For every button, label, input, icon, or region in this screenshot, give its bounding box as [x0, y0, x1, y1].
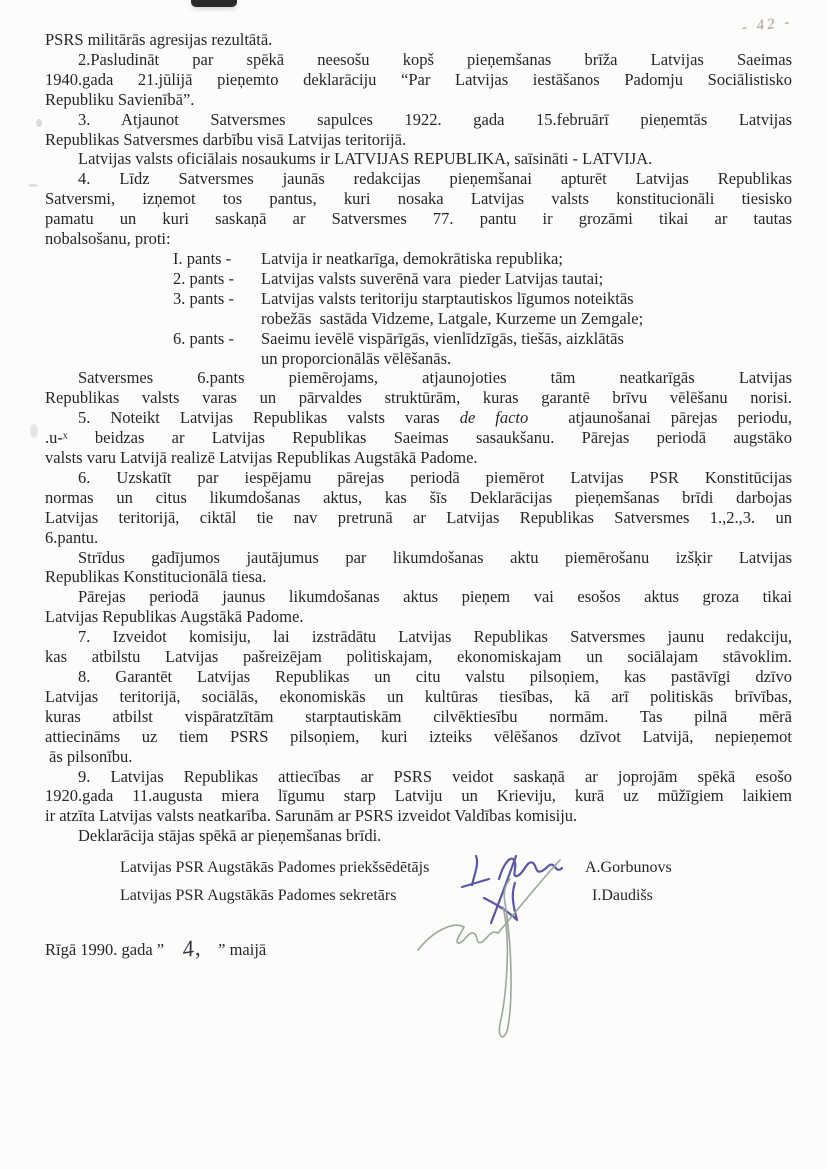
text-line: 3. Atjaunot Satversmes sapulces 1922. ga…	[45, 110, 792, 130]
text-run: Republikas Konstitucionālā tiesa.	[45, 567, 266, 586]
text-line: 6.pantu.	[45, 528, 792, 548]
scan-artifact-mark	[191, 0, 237, 7]
text-run: PSRS militārās agresijas rezultātā.	[45, 30, 272, 49]
text-line: Republikas valsts varas un pārvaldes str…	[45, 388, 792, 408]
signatory-name: A.Gorbunovs	[585, 858, 672, 878]
text-line: Satversmes 6.pants piemērojams, atjaunoj…	[45, 368, 792, 388]
text-run: attiecināms uz tiem PSRS pilsoņiem, kuri…	[45, 727, 792, 746]
text-line: kas atbilstu Latvijas pašreizējam politi…	[45, 647, 792, 667]
text-run: Pārejas periodā jaunus likumdošanas aktu…	[78, 587, 792, 606]
text-run: pamatu un kuri saskaņā ar Satversmes 77.…	[45, 209, 792, 228]
text-line: valsts varu Latvijā realizē Latvijas Rep…	[45, 448, 792, 468]
text-line: ir atzīta Latvijas valsts neatkarība. Sa…	[45, 806, 792, 826]
article-label: 2. pants -	[173, 269, 261, 289]
text-run: Republiku Savienībā”.	[45, 90, 194, 109]
text-run: .u-ˣ beidzas ar Latvijas Republikas Saei…	[45, 428, 792, 447]
date-text-pre: Rīgā 1990. gada ”	[45, 940, 164, 959]
text-line: robežās sastāda Vidzeme, Latgale, Kurzem…	[45, 309, 792, 329]
scan-smudge	[28, 184, 38, 187]
document-body: PSRS militārās agresijas rezultātā.2.Pas…	[45, 30, 792, 846]
text-run: un proporcionālās vēlēšanās.	[261, 349, 451, 368]
scan-smudge	[36, 119, 42, 127]
text-run: 2.Pasludināt par spēkā neesošu kopš pieņ…	[78, 50, 792, 69]
article-label: 6. pants -	[173, 329, 261, 349]
text-run: Republikas valsts varas un pārvaldes str…	[45, 388, 792, 407]
text-line: .u-ˣ beidzas ar Latvijas Republikas Saei…	[45, 428, 792, 448]
text-line: ās pilsonību.	[45, 747, 792, 767]
text-run: kas atbilstu Latvijas pašreizējam politi…	[45, 647, 792, 666]
text-line: Latvijas valsts oficiālais nosaukums ir …	[45, 149, 792, 169]
text-run: Satversmi, izņemot tos pantus, kuri nosa…	[45, 189, 792, 208]
text-line: 7. Izveidot komisiju, lai izstrādātu Lat…	[45, 627, 792, 647]
text-run: Latvijas teritorijā, sociālās, ekonomisk…	[45, 687, 792, 706]
text-run: Latvijas Republikas Augstākā Padome.	[45, 607, 303, 626]
text-run: 8. Garantēt Latvijas Republikas un citu …	[78, 667, 792, 686]
text-line: Latvijas Republikas Augstākā Padome.	[45, 607, 792, 627]
text-run: 3. Atjaunot Satversmes sapulces 1922. ga…	[78, 110, 792, 129]
text-line: 6. pants -Saeimu ievēlē vispārīgās, vien…	[45, 329, 792, 349]
text-run: nobalsošanu, proti:	[45, 229, 171, 248]
text-line: Pārejas periodā jaunus likumdošanas aktu…	[45, 587, 792, 607]
text-run: normas un citus likumdošanas aktus, kas …	[45, 488, 792, 507]
text-run: Latvijas valsts oficiālais nosaukums ir …	[78, 149, 652, 168]
text-line: Republiku Savienībā”.	[45, 90, 792, 110]
text-line: 1940.gada 21.jūlijā pieņemto deklarāciju…	[45, 70, 792, 90]
text-run: 9. Latvijas Republikas attiecības ar PSR…	[78, 767, 792, 786]
text-line: 4. Līdz Satversmes jaunās redakcijas pie…	[45, 169, 792, 189]
text-run: Deklarācija stājas spēkā ar pieņemšanas …	[78, 826, 381, 845]
text-run: 6.pantu.	[45, 528, 98, 547]
text-line: nobalsošanu, proti:	[45, 229, 792, 249]
text-line: 8. Garantēt Latvijas Republikas un citu …	[45, 667, 792, 687]
document-page: - 42 - PSRS militārās agresijas rezultāt…	[0, 0, 826, 1169]
text-run: ās pilsonību.	[49, 747, 132, 766]
signatory-title: Latvijas PSR Augstākās Padomes sekretārs	[120, 886, 396, 906]
text-run: 5. Noteikt Latvijas Republikas valsts va…	[78, 408, 460, 427]
text-line: Strīdus gadījumos jautājumus par likumdo…	[45, 548, 792, 568]
text-line: pamatu un kuri saskaņā ar Satversmes 77.…	[45, 209, 792, 229]
text-line: 2.Pasludināt par spēkā neesošu kopš pieņ…	[45, 50, 792, 70]
text-line: Latvijas teritorijā, sociālās, ekonomisk…	[45, 687, 792, 707]
text-run: Latvijas valsts teritoriju starptautisko…	[261, 289, 634, 309]
text-line: normas un citus likumdošanas aktus, kas …	[45, 488, 792, 508]
text-line: 3. pants -Latvijas valsts teritoriju sta…	[45, 289, 792, 309]
text-line: kuras atbilst vispāratzītām starptautisk…	[45, 707, 792, 727]
text-run: kuras atbilst vispāratzītām starptautisk…	[45, 707, 792, 726]
text-run: Latvijas teritorijā, ciktāl tie nav pret…	[45, 508, 792, 527]
signatory-title: Latvijas PSR Augstākās Padomes priekšsēd…	[120, 858, 429, 878]
text-run: 6. Uzskatīt par iespējamu pārejas period…	[78, 468, 792, 487]
text-run: 1920.gada 11.augusta miera līgumu starp …	[45, 786, 792, 805]
signature-ink	[415, 843, 580, 1058]
text-run: Republikas Satversmes darbību visā Latvi…	[45, 130, 406, 149]
date-text-post: ” maijā	[218, 940, 266, 959]
text-run: robežās sastāda Vidzeme, Latgale, Kurzem…	[261, 309, 643, 328]
text-line: 5. Noteikt Latvijas Republikas valsts va…	[45, 408, 792, 428]
text-run: Satversmes 6.pants piemērojams, atjaunoj…	[78, 368, 792, 387]
text-run: valsts varu Latvijā realizē Latvijas Rep…	[45, 448, 478, 467]
text-line: Satversmi, izņemot tos pantus, kuri nosa…	[45, 189, 792, 209]
text-line: attiecināms uz tiem PSRS pilsoņiem, kuri…	[45, 727, 792, 747]
handwritten-day: 4,	[163, 935, 219, 963]
text-line: Latvijas teritorijā, ciktāl tie nav pret…	[45, 508, 792, 528]
text-run: de facto	[460, 408, 529, 427]
text-line: 6. Uzskatīt par iespējamu pārejas period…	[45, 468, 792, 488]
text-line: un proporcionālās vēlēšanās.	[45, 349, 792, 369]
text-line: Republikas Satversmes darbību visā Latvi…	[45, 130, 792, 150]
text-run: Strīdus gadījumos jautājumus par likumdo…	[78, 548, 792, 567]
scan-smudge	[30, 424, 38, 438]
text-run: 1940.gada 21.jūlijā pieņemto deklarāciju…	[45, 70, 792, 89]
text-run: Latvijas valsts suverēnā vara pieder Lat…	[261, 269, 603, 289]
text-run: Latvija ir neatkarīga, demokrātiska repu…	[261, 249, 563, 269]
text-run: atjaunošanai pārejas periodu,	[528, 408, 792, 427]
text-line: 9. Latvijas Republikas attiecības ar PSR…	[45, 767, 792, 787]
date-line: Rīgā 1990. gada ”4,” maijā	[45, 938, 266, 960]
signatory-name: I.Daudišs	[592, 886, 653, 906]
text-run: ir atzīta Latvijas valsts neatkarība. Sa…	[45, 806, 577, 825]
text-line: Republikas Konstitucionālā tiesa.	[45, 567, 792, 587]
article-label: I. pants -	[173, 249, 261, 269]
text-run: 7. Izveidot komisiju, lai izstrādātu Lat…	[78, 627, 792, 646]
article-label: 3. pants -	[173, 289, 261, 309]
text-line: PSRS militārās agresijas rezultātā.	[45, 30, 792, 50]
text-line: 2. pants -Latvijas valsts suverēnā vara …	[45, 269, 792, 289]
text-line: I. pants -Latvija ir neatkarīga, demokrā…	[45, 249, 792, 269]
text-line: 1920.gada 11.augusta miera līgumu starp …	[45, 786, 792, 806]
text-run: Saeimu ievēlē vispārīgās, vienlīdzīgās, …	[261, 329, 624, 349]
text-run: 4. Līdz Satversmes jaunās redakcijas pie…	[78, 169, 792, 188]
